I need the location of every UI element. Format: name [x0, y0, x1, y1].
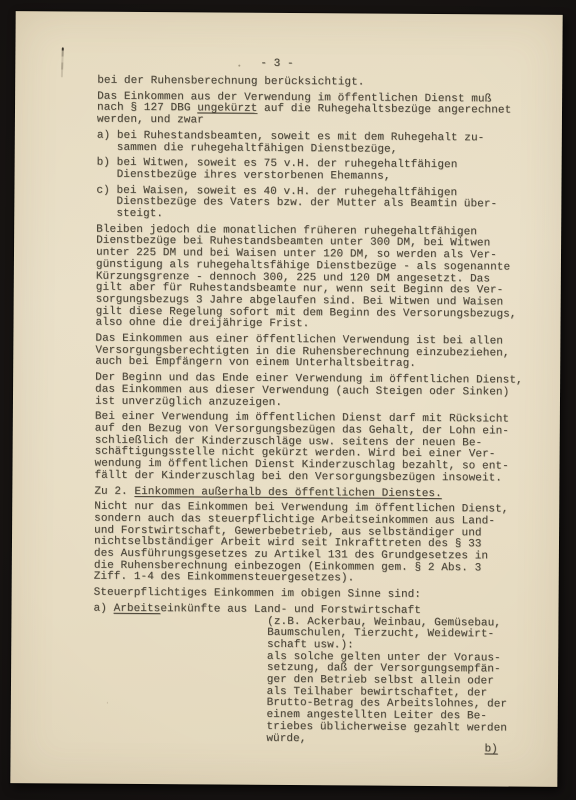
document-page: - 3 - bei der Ruhensberechnung berücksic…	[10, 11, 562, 787]
list-item-a: a) bei Ruhestandsbeamten, soweit es mit …	[97, 130, 549, 157]
document-text: bei der Ruhensberechnung berücksichtigt.…	[93, 76, 550, 751]
paragraph-einbeziehung: Das Einkommen aus einer öffentlichen Ver…	[95, 334, 547, 372]
paper-speck	[238, 65, 240, 67]
section-heading-zu2: Zu 2. Einkommen außerhalb des öffentlich…	[94, 486, 546, 501]
list-item-c: c) bei Waisen, soweit es 40 v.H. der ruh…	[96, 185, 548, 223]
paragraph-kinderzuschlag: Bei einer Verwendung im öffentlichen Die…	[94, 412, 546, 485]
paragraph-steuerpflichtig: Nicht nur das Einkommen bei Verwendung i…	[94, 502, 547, 587]
paragraph-continuation: bei der Ruhensberechnung berücksichtigt.	[97, 76, 549, 91]
section-title: Einkommen außerhalb des öffentlichen Die…	[134, 485, 441, 499]
list-marker: a)	[93, 602, 113, 614]
list-item-b: b) bei Witwen, soweit es 75 v.H. der ruh…	[97, 158, 549, 185]
list-item-arbeitseinkuenfte: a) Arbeitseinkünfte aus Land- und Forstw…	[93, 603, 546, 747]
section-label: Zu 2.	[94, 485, 134, 497]
pencil-mark	[61, 47, 64, 77]
catchword-next-page: b)	[485, 743, 498, 755]
paragraph-kuerzungsgrenze: Bleiben jedoch die monatlichen früheren …	[95, 224, 548, 332]
paragraph-anrechnung: Das Einkommen aus der Verwendung im öffe…	[97, 91, 549, 129]
paragraph-anzeigepflicht: Der Beginn und das Ende einer Verwendung…	[95, 373, 547, 411]
photo-background: - 3 - bei der Ruhensberechnung berücksic…	[0, 0, 576, 800]
text-run: einkünfte aus Land- und Forstwirtschaft …	[93, 603, 508, 745]
underlined-text: Arbeits	[114, 603, 161, 615]
underlined-text: ungekürzt	[197, 103, 257, 115]
paragraph-obigen-sinne: Steuerpflichtiges Einkommen im obigen Si…	[94, 588, 546, 603]
page-number: - 3 -	[260, 58, 293, 70]
